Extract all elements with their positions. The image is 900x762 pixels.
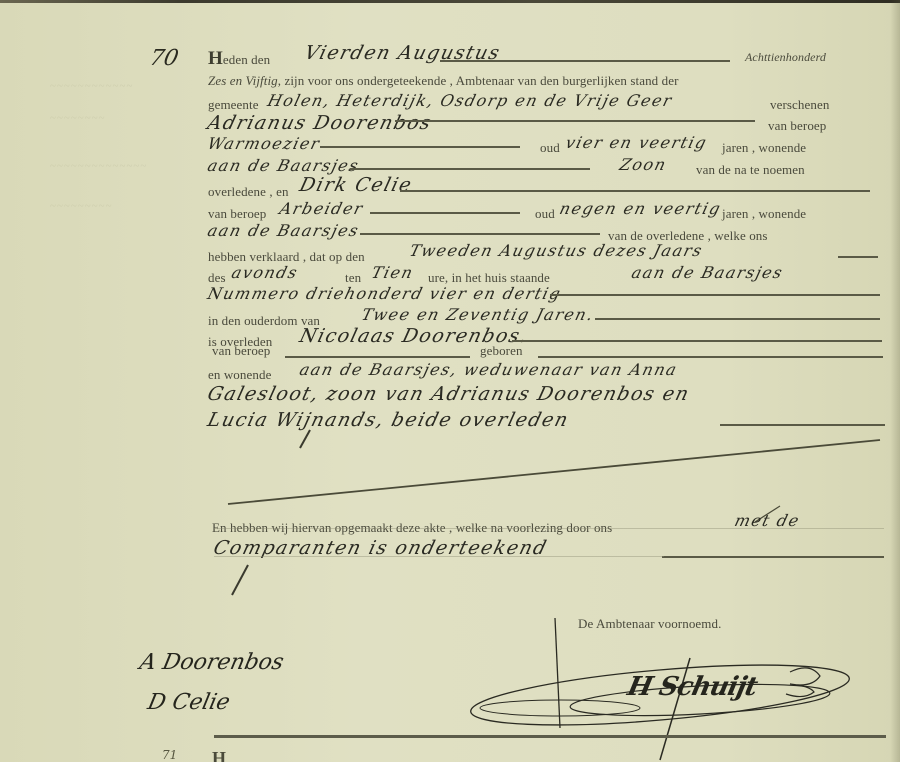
register-page: ~~~~~~~~~~~~ ~~~~~~~~ ~~~~~~~~~~~~~~ ~~~… xyxy=(0,0,900,762)
witness-signature-1: A Doorenbos xyxy=(137,650,286,675)
baseline-rule xyxy=(214,528,884,529)
next-record-number: 71 xyxy=(162,748,177,762)
cancel-strokes xyxy=(0,0,900,762)
baseline-rule xyxy=(214,556,664,557)
next-entry-heden-start: H xyxy=(212,748,226,762)
fill-rule xyxy=(662,556,884,558)
entry-divider xyxy=(214,735,886,738)
official-signature: H Schuijt xyxy=(625,672,760,702)
official-label: De Ambtenaar voornoemd. xyxy=(578,616,721,632)
witness-signature-2: D Celie xyxy=(145,690,232,715)
